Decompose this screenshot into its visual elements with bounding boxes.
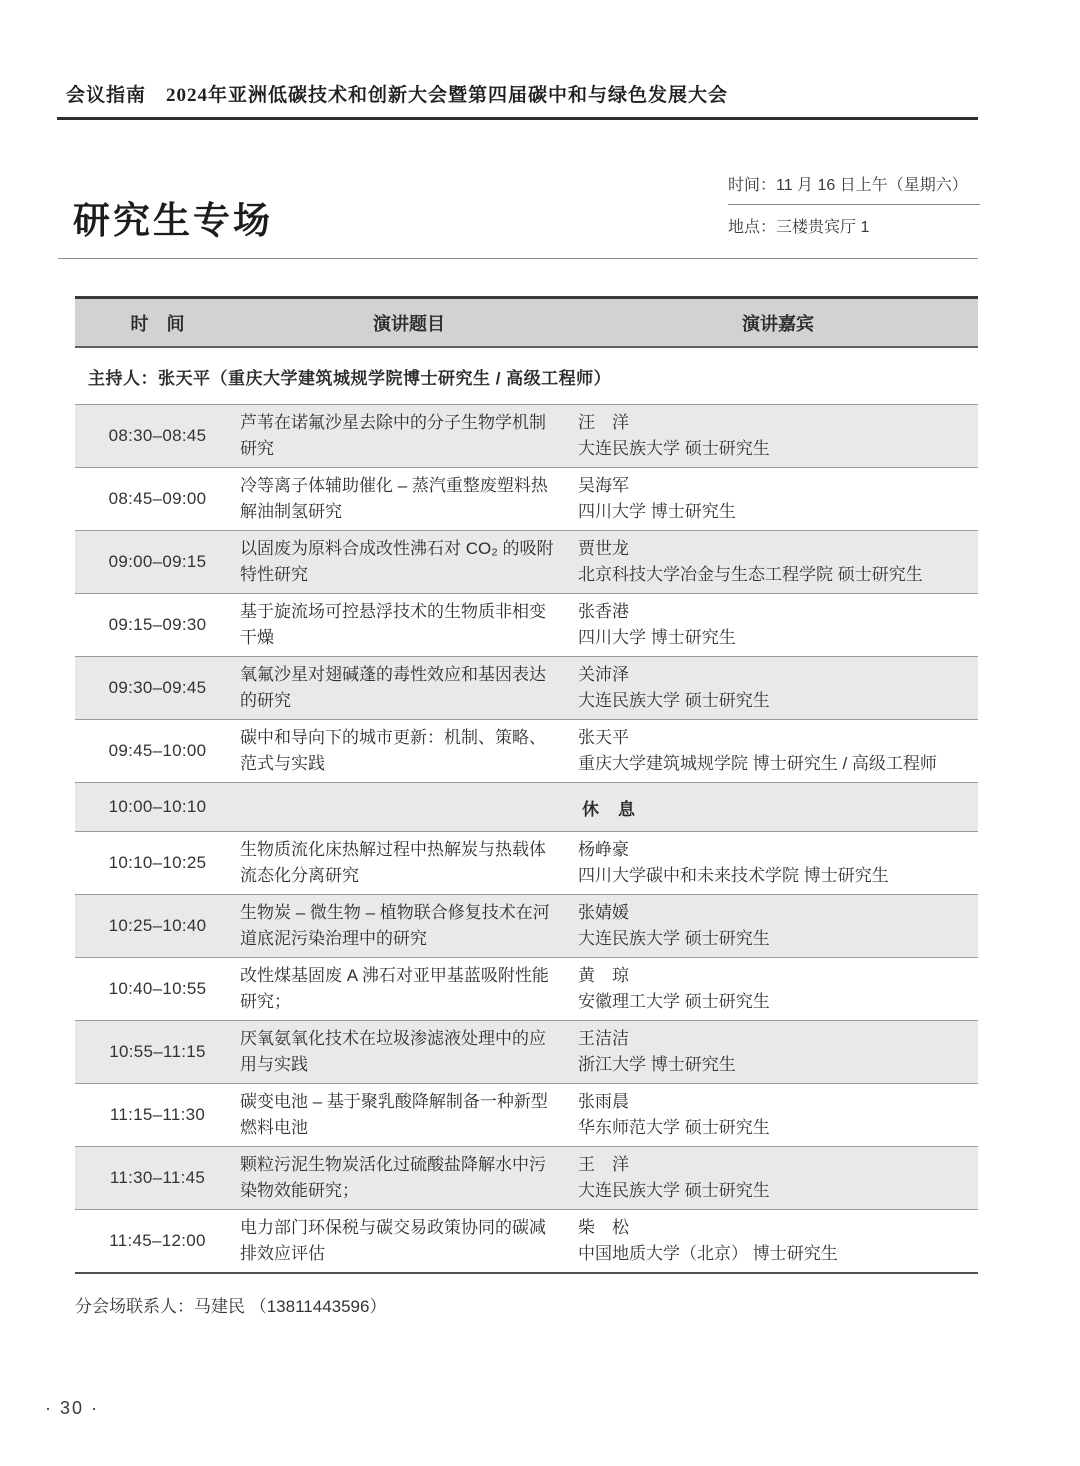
page-number: · 30 · — [45, 1398, 99, 1419]
speaker-name: 张婧媛 — [578, 900, 974, 926]
speaker-affiliation: 中国地质大学（北京） 博士研究生 — [578, 1241, 974, 1267]
talk-title: 碳中和导向下的城市更新：机制、策略、范式与实践 — [240, 720, 578, 782]
session-time-range: 09:15–09:30 — [75, 615, 240, 635]
talk-title: 以固废为原料合成改性沸石对 CO₂ 的吸附特性研究 — [240, 531, 578, 593]
schedule-row: 10:55–11:15厌氧氨氧化技术在垃圾渗滤液处理中的应用与实践王洁洁浙江大学… — [75, 1021, 978, 1084]
speaker-cell: 王 洋大连民族大学 硕士研究生 — [578, 1147, 978, 1209]
speaker-name: 张天平 — [578, 725, 974, 751]
schedule-row: 11:45–12:00电力部门环保税与碳交易政策协同的碳减排效应评估柴 松中国地… — [75, 1210, 978, 1274]
talk-title: 改性煤基固废 A 沸石对亚甲基蓝吸附性能研究； — [240, 958, 578, 1020]
speaker-affiliation: 安徽理工大学 硕士研究生 — [578, 989, 974, 1015]
speaker-cell: 张香港四川大学 博士研究生 — [578, 594, 978, 656]
schedule-row: 10:25–10:40生物炭 – 微生物 – 植物联合修复技术在河道底泥污染治理… — [75, 895, 978, 958]
session-meta: 时间：11 月 16 日上午（星期六） 地点：三楼贵宾厅 1 — [728, 172, 980, 237]
session-time: 时间：11 月 16 日上午（星期六） — [728, 172, 980, 204]
session-location: 地点：三楼贵宾厅 1 — [728, 205, 980, 237]
talk-title: 氧氟沙星对翅碱蓬的毒性效应和基因表达的研究 — [240, 657, 578, 719]
speaker-name: 贾世龙 — [578, 536, 974, 562]
session-title: 研究生专场 — [73, 190, 273, 244]
session-time-range: 10:10–10:25 — [75, 853, 240, 873]
speaker-affiliation: 四川大学碳中和未来技术学院 博士研究生 — [578, 863, 974, 889]
conference-title: 2024年亚洲低碳技术和创新大会暨第四届碳中和与绿色发展大会 — [166, 85, 728, 106]
speaker-name: 汪 洋 — [578, 410, 974, 436]
session-time-range: 08:45–09:00 — [75, 489, 240, 509]
schedule-row: 11:15–11:30碳变电池 – 基于聚乳酸降解制备一种新型燃料电池张雨晨华东… — [75, 1084, 978, 1147]
speaker-name: 吴海军 — [578, 473, 974, 499]
host-row: 主持人：张天平（重庆大学建筑城规学院博士研究生 / 高级工程师） — [75, 348, 978, 405]
schedule-row: 08:45–09:00冷等离子体辅助催化 – 蒸汽重整废塑料热解油制氢研究吴海军… — [75, 468, 978, 531]
column-header-topic: 演讲题目 — [240, 310, 578, 336]
talk-title: 生物质流化床热解过程中热解炭与热载体流态化分离研究 — [240, 832, 578, 894]
session-time-range: 08:30–08:45 — [75, 426, 240, 446]
session-time-range: 10:25–10:40 — [75, 916, 240, 936]
talk-title: 颗粒污泥生物炭活化过硫酸盐降解水中污染物效能研究； — [240, 1147, 578, 1209]
speaker-affiliation: 四川大学 博士研究生 — [578, 499, 974, 525]
speaker-cell: 张天平重庆大学建筑城规学院 博士研究生 / 高级工程师 — [578, 720, 978, 782]
speaker-cell: 汪 洋大连民族大学 硕士研究生 — [578, 405, 978, 467]
contact-line: 分会场联系人：马建民 （13811443596） — [75, 1292, 978, 1317]
column-header-speaker: 演讲嘉宾 — [578, 310, 978, 336]
table-header: 时 间 演讲题目 演讲嘉宾 — [75, 296, 978, 348]
schedule-row: 09:30–09:45氧氟沙星对翅碱蓬的毒性效应和基因表达的研究关沛泽大连民族大… — [75, 657, 978, 720]
speaker-cell: 关沛泽大连民族大学 硕士研究生 — [578, 657, 978, 719]
speaker-name: 王洁洁 — [578, 1026, 974, 1052]
speaker-name: 关沛泽 — [578, 662, 974, 688]
schedule-row: 11:30–11:45颗粒污泥生物炭活化过硫酸盐降解水中污染物效能研究；王 洋大… — [75, 1147, 978, 1210]
speaker-name: 张香港 — [578, 599, 974, 625]
schedule-row: 10:10–10:25生物质流化床热解过程中热解炭与热载体流态化分离研究杨峥豪四… — [75, 832, 978, 895]
session-time-range: 09:30–09:45 — [75, 678, 240, 698]
masthead-rule — [57, 117, 978, 120]
schedule-table: 时 间 演讲题目 演讲嘉宾 主持人：张天平（重庆大学建筑城规学院博士研究生 / … — [75, 296, 978, 1317]
schedule-row: 09:15–09:30基于旋流场可控悬浮技术的生物质非相变干燥张香港四川大学 博… — [75, 594, 978, 657]
speaker-affiliation: 重庆大学建筑城规学院 博士研究生 / 高级工程师 — [578, 751, 974, 777]
pre-table-rule — [58, 258, 978, 259]
session-time-range: 10:40–10:55 — [75, 979, 240, 999]
talk-title: 冷等离子体辅助催化 – 蒸汽重整废塑料热解油制氢研究 — [240, 468, 578, 530]
session-time-range: 09:45–10:00 — [75, 741, 240, 761]
masthead: 会议指南2024年亚洲低碳技术和创新大会暨第四届碳中和与绿色发展大会 — [66, 80, 728, 107]
schedule-row: 10:40–10:55改性煤基固废 A 沸石对亚甲基蓝吸附性能研究；黄 琼安徽理… — [75, 958, 978, 1021]
speaker-cell: 柴 松中国地质大学（北京） 博士研究生 — [578, 1210, 978, 1272]
speaker-cell: 吴海军四川大学 博士研究生 — [578, 468, 978, 530]
session-time-range: 09:00–09:15 — [75, 552, 240, 572]
speaker-cell: 杨峥豪四川大学碳中和未来技术学院 博士研究生 — [578, 832, 978, 894]
speaker-name: 王 洋 — [578, 1152, 974, 1178]
session-time-range: 11:30–11:45 — [75, 1168, 240, 1188]
speaker-affiliation: 大连民族大学 硕士研究生 — [578, 1178, 974, 1204]
speaker-cell: 张婧媛大连民族大学 硕士研究生 — [578, 895, 978, 957]
speaker-name: 杨峥豪 — [578, 837, 974, 863]
speaker-affiliation: 大连民族大学 硕士研究生 — [578, 688, 974, 714]
speaker-name: 黄 琼 — [578, 963, 974, 989]
schedule-row-break: 10:00–10:10休 息 — [75, 783, 978, 832]
session-time-range: 10:55–11:15 — [75, 1042, 240, 1062]
column-header-time: 时 间 — [75, 310, 240, 336]
schedule-row: 08:30–08:45芦苇在诺氟沙星去除中的分子生物学机制研究汪 洋大连民族大学… — [75, 405, 978, 468]
speaker-name: 张雨晨 — [578, 1089, 974, 1115]
schedule-row: 09:00–09:15以固废为原料合成改性沸石对 CO₂ 的吸附特性研究贾世龙北… — [75, 531, 978, 594]
session-time-range: 10:00–10:10 — [75, 797, 240, 817]
speaker-affiliation: 四川大学 博士研究生 — [578, 625, 974, 651]
speaker-affiliation: 浙江大学 博士研究生 — [578, 1052, 974, 1078]
speaker-affiliation: 大连民族大学 硕士研究生 — [578, 436, 974, 462]
talk-title: 电力部门环保税与碳交易政策协同的碳减排效应评估 — [240, 1210, 578, 1272]
talk-title: 生物炭 – 微生物 – 植物联合修复技术在河道底泥污染治理中的研究 — [240, 895, 578, 957]
speaker-cell: 张雨晨华东师范大学 硕士研究生 — [578, 1084, 978, 1146]
speaker-affiliation: 北京科技大学冶金与生态工程学院 硕士研究生 — [578, 562, 974, 588]
speaker-affiliation: 华东师范大学 硕士研究生 — [578, 1115, 974, 1141]
break-label: 休 息 — [240, 795, 978, 820]
speaker-cell: 黄 琼安徽理工大学 硕士研究生 — [578, 958, 978, 1020]
schedule-rows: 08:30–08:45芦苇在诺氟沙星去除中的分子生物学机制研究汪 洋大连民族大学… — [75, 405, 978, 1274]
talk-title: 基于旋流场可控悬浮技术的生物质非相变干燥 — [240, 594, 578, 656]
schedule-row: 09:45–10:00碳中和导向下的城市更新：机制、策略、范式与实践张天平重庆大… — [75, 720, 978, 783]
speaker-affiliation: 大连民族大学 硕士研究生 — [578, 926, 974, 952]
speaker-cell: 贾世龙北京科技大学冶金与生态工程学院 硕士研究生 — [578, 531, 978, 593]
talk-title: 碳变电池 – 基于聚乳酸降解制备一种新型燃料电池 — [240, 1084, 578, 1146]
talk-title: 芦苇在诺氟沙星去除中的分子生物学机制研究 — [240, 405, 578, 467]
session-time-range: 11:45–12:00 — [75, 1231, 240, 1251]
session-time-range: 11:15–11:30 — [75, 1105, 240, 1125]
speaker-name: 柴 松 — [578, 1215, 974, 1241]
talk-title: 厌氧氨氧化技术在垃圾渗滤液处理中的应用与实践 — [240, 1021, 578, 1083]
guide-label: 会议指南 — [66, 85, 146, 106]
speaker-cell: 王洁洁浙江大学 博士研究生 — [578, 1021, 978, 1083]
